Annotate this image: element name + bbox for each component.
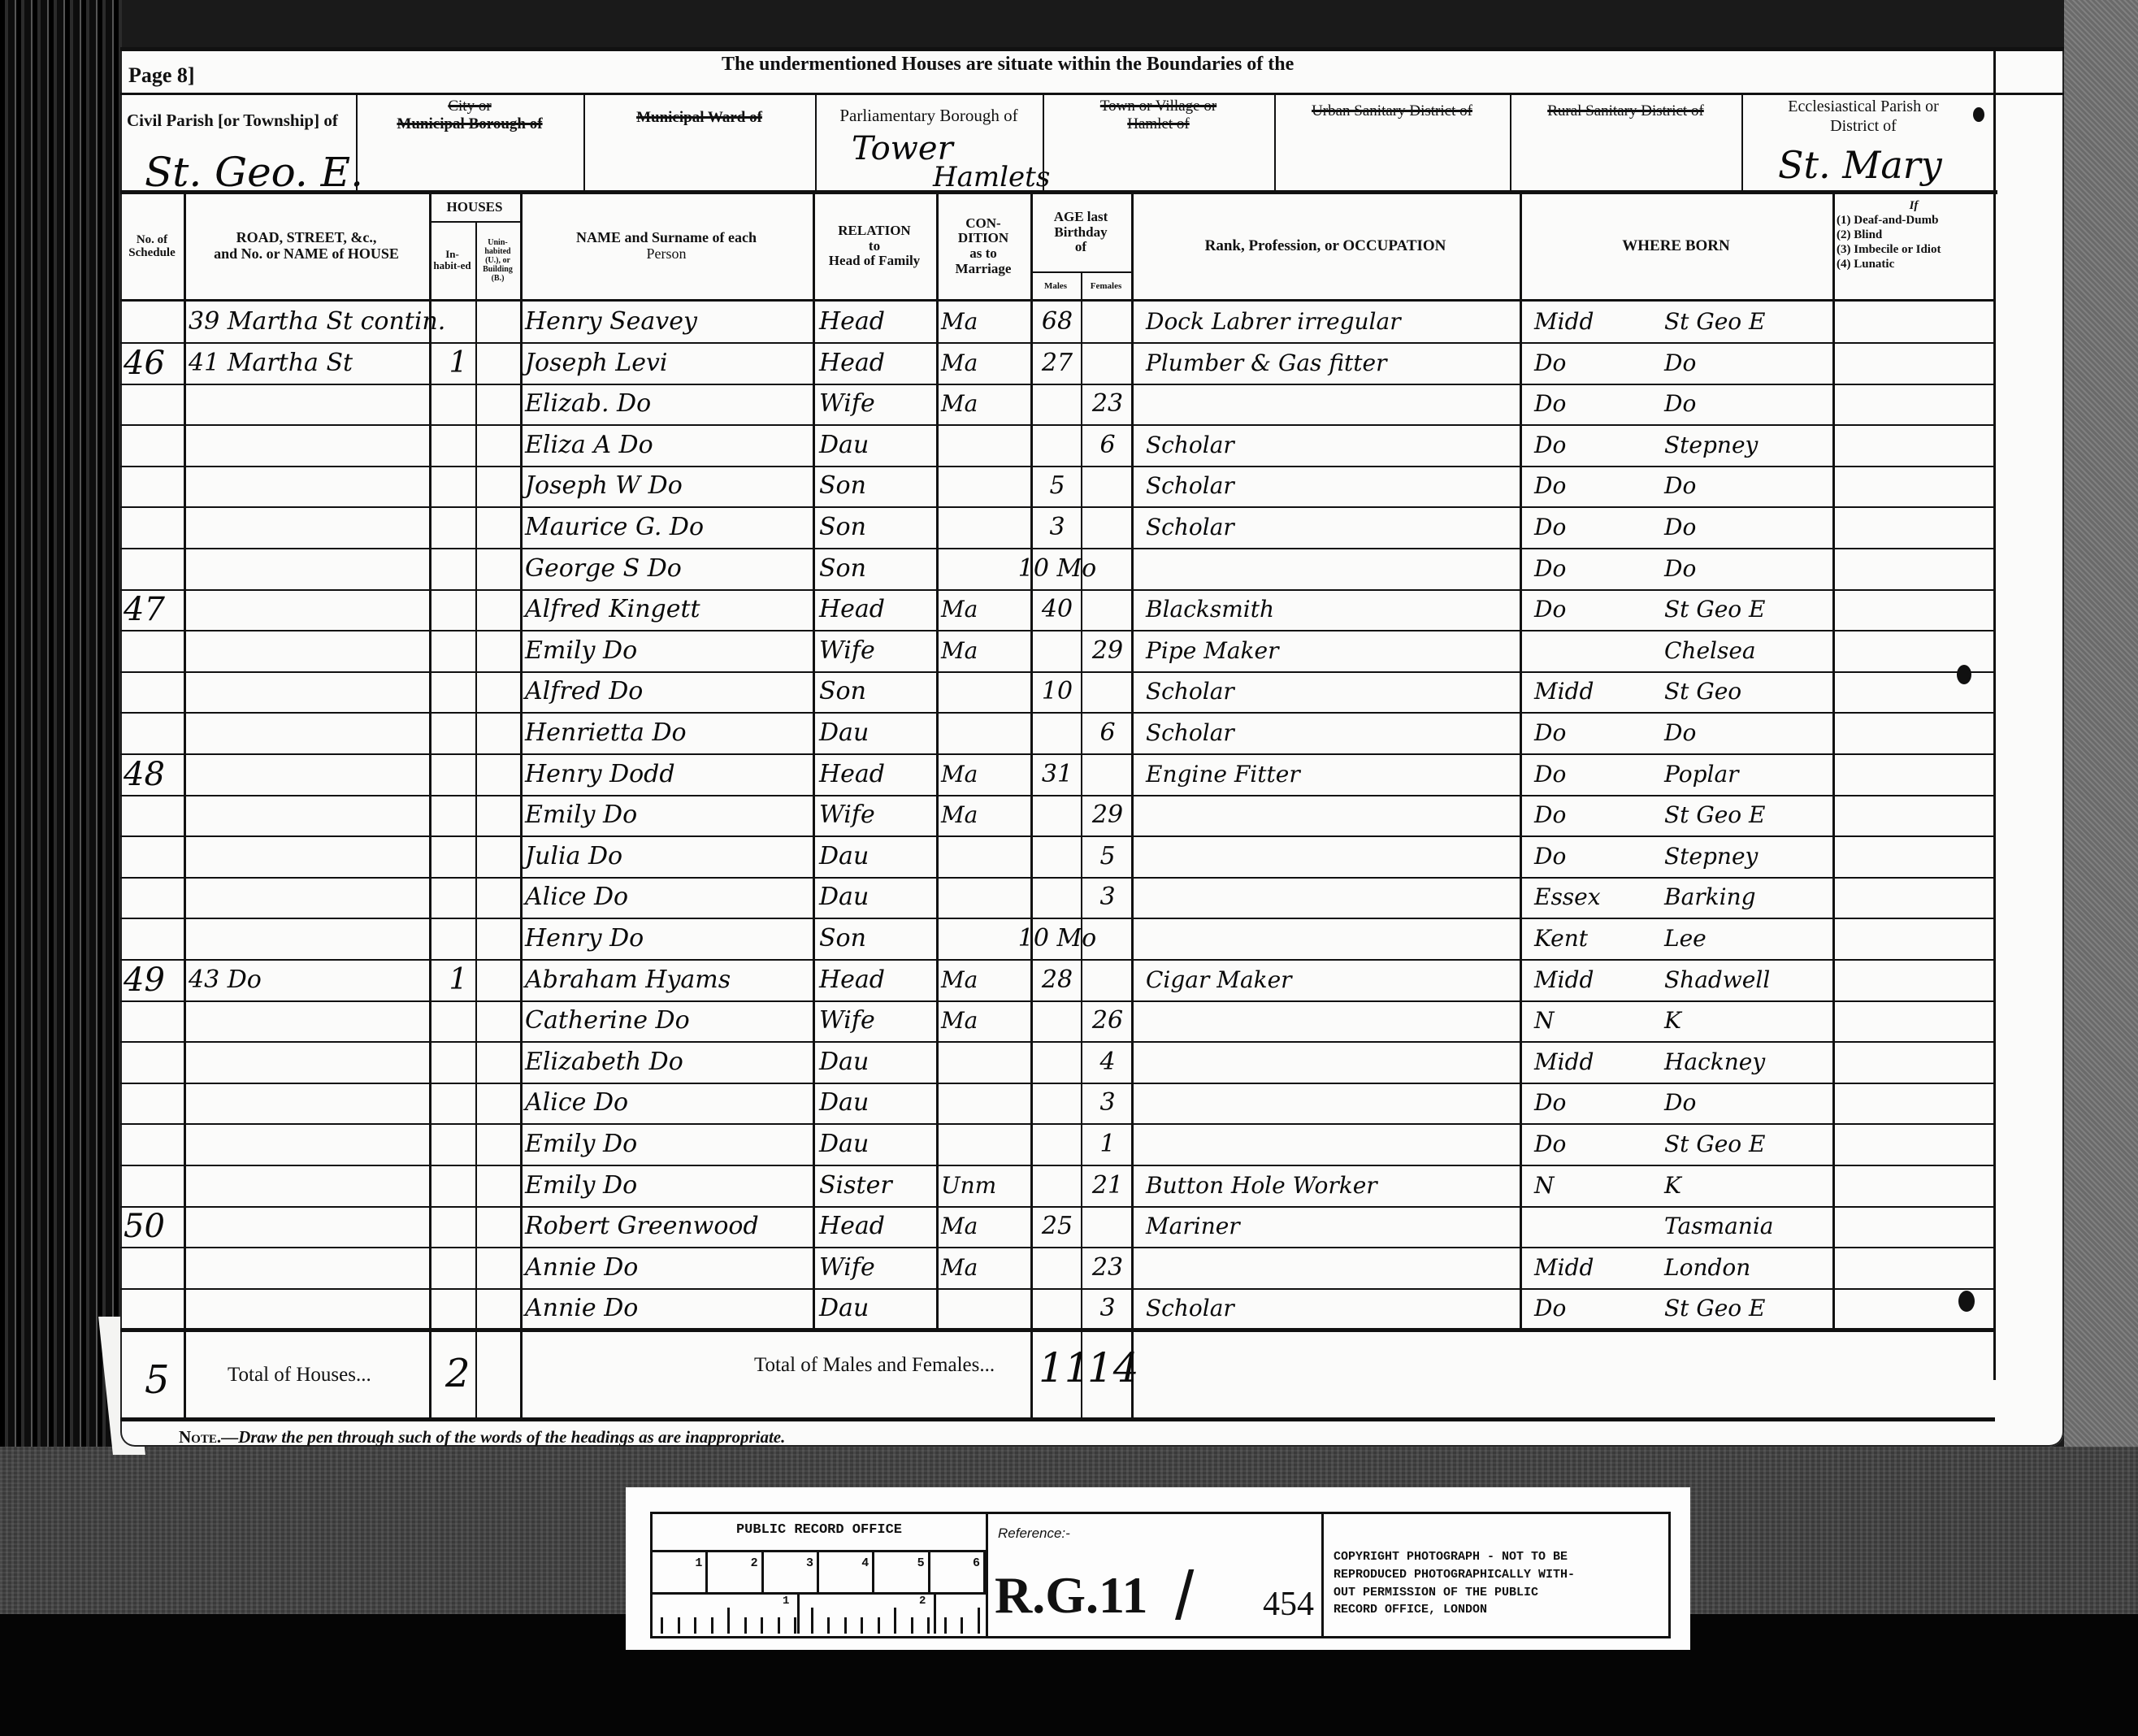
cell-age-f: 3	[1084, 1082, 1131, 1123]
cell-born-county	[1534, 630, 1656, 671]
cell-inhabited	[444, 876, 473, 918]
cell-born-county: N	[1534, 1165, 1656, 1206]
reference-separator: /	[1175, 1561, 1194, 1630]
boundary-label-line1: Ecclesiastical Parish or	[1741, 98, 1985, 116]
cell-name: Alice Do	[525, 1082, 811, 1123]
scale-tick	[844, 1617, 847, 1634]
cell-relation: Wife	[819, 630, 936, 671]
cell-born-place: Lee	[1664, 918, 1827, 959]
cell-inhabited	[444, 835, 473, 877]
cell-name: Joseph Levi	[525, 342, 811, 384]
cell-age-f	[1084, 506, 1131, 548]
cell-road	[189, 794, 429, 835]
cell-name: Henry Dodd	[525, 753, 811, 795]
table-row: Julia DoDau5DoStepney	[120, 835, 1995, 877]
cell-name: Catherine Do	[525, 1000, 811, 1041]
table-row: 50Robert GreenwoodHeadMa25MarinerTasmani…	[120, 1205, 1995, 1247]
cell-inhabited	[444, 1287, 473, 1329]
table-row: Elizab. DoWifeMa23DoDo	[120, 383, 1995, 424]
ink-blot	[1973, 107, 1984, 122]
cell-road	[189, 1247, 429, 1288]
cell-age-m	[1034, 794, 1081, 835]
cell-inhabited	[444, 548, 473, 589]
cell-occupation	[1146, 794, 1520, 835]
cell-born-place: Hackney	[1664, 1041, 1827, 1083]
cell-age-m: 10 Mo	[1034, 548, 1081, 589]
cell-born-place: Do	[1664, 1082, 1827, 1123]
cell-road	[189, 1082, 429, 1123]
cell-inhabited: 1	[444, 342, 473, 384]
table-row: Maurice G. DoSon3ScholarDoDo	[120, 506, 1995, 548]
cell-age-m: 10	[1034, 671, 1081, 712]
cell-schedule	[124, 1082, 182, 1123]
table-row: Henrietta DoDau6ScholarDoDo	[120, 712, 1995, 753]
cell-born-county: Do	[1534, 342, 1656, 384]
cell-relation: Dau	[819, 1041, 936, 1083]
table-row: 4943 Do1Abraham HyamsHeadMa28Cigar Maker…	[120, 959, 1995, 1000]
cell-condition: Ma	[941, 383, 1030, 424]
cell-born-place: K	[1664, 1165, 1827, 1206]
cell-name: Joseph W Do	[525, 465, 811, 506]
cell-born-county	[1534, 1205, 1656, 1247]
cell-schedule	[124, 918, 182, 959]
cell-age-f: 29	[1084, 630, 1131, 671]
scale-top: 123456	[653, 1552, 986, 1592]
cell-condition	[941, 1082, 1030, 1123]
header-age-males: Males	[1030, 273, 1081, 299]
cell-occupation	[1146, 835, 1520, 877]
cell-inhabited	[444, 1123, 473, 1165]
scale-tick	[661, 1617, 663, 1634]
cell-born-county: Do	[1534, 465, 1656, 506]
cell-road	[189, 1041, 429, 1083]
cell-schedule	[124, 794, 182, 835]
cell-occupation: Engine Fitter	[1146, 753, 1520, 795]
cell-inhabited	[444, 630, 473, 671]
header-age-females: Females	[1081, 273, 1131, 299]
cell-relation: Son	[819, 918, 936, 959]
cell-occupation: Scholar	[1146, 506, 1520, 548]
header-condition: CON- DITION as to Marriage	[936, 193, 1030, 299]
table-row: Emily DoWifeMa29DoSt Geo E	[120, 794, 1995, 835]
ink-blot	[1958, 1291, 1975, 1312]
cell-occupation	[1146, 383, 1520, 424]
cell-born-place: Do	[1664, 506, 1827, 548]
cell-age-f	[1084, 1205, 1131, 1247]
cell-age-f	[1084, 671, 1131, 712]
total-females: 14	[1087, 1344, 1139, 1391]
cell-relation: Son	[819, 671, 936, 712]
scale-tick	[694, 1617, 696, 1634]
cell-born-county: Do	[1534, 424, 1656, 466]
cell-born-county: Do	[1534, 1123, 1656, 1165]
cell-name: Elizabeth Do	[525, 1041, 811, 1083]
cell-road	[189, 548, 429, 589]
cell-schedule	[124, 630, 182, 671]
table-row: 48Henry DoddHeadMa31Engine FitterDoPopla…	[120, 753, 1995, 795]
cell-schedule: 49	[124, 959, 182, 1000]
cell-born-place: Do	[1664, 465, 1827, 506]
cell-born-county: N	[1534, 1000, 1656, 1041]
table-row: George S DoSon10 MoDoDo	[120, 548, 1995, 589]
cell-born-county: Do	[1534, 548, 1656, 589]
cell-road	[189, 588, 429, 630]
cell-relation: Dau	[819, 1082, 936, 1123]
cell-born-county: Midd	[1534, 1041, 1656, 1083]
cell-age-f	[1084, 548, 1131, 589]
total-persons-label: Total of Males and Females...	[754, 1354, 995, 1377]
cell-road	[189, 1205, 429, 1247]
scale-tick	[861, 1617, 863, 1634]
boundary-label-line1: Town or Village or	[1043, 98, 1274, 115]
boundary-label-line2: Municipal Borough of	[356, 115, 583, 133]
cell-schedule	[124, 712, 182, 753]
scale-tick	[978, 1608, 980, 1634]
cell-born-county: Do	[1534, 588, 1656, 630]
cell-schedule	[124, 383, 182, 424]
cell-schedule	[124, 506, 182, 548]
cell-condition	[941, 1287, 1030, 1329]
scale-mark: 5	[874, 1552, 930, 1592]
cell-condition: Ma	[941, 1247, 1030, 1288]
reference-panel: Reference:- R.G.11 / 454	[988, 1514, 1324, 1636]
public-record-office-label: PUBLIC RECORD OFFICE 123456 12 Reference…	[626, 1487, 1690, 1650]
scan-background-right	[2064, 0, 2138, 1544]
scale-tick	[944, 1617, 947, 1634]
cell-road	[189, 1123, 429, 1165]
cell-born-place: London	[1664, 1247, 1827, 1288]
scale-mark: 2	[708, 1552, 763, 1592]
cell-name: Emily Do	[525, 1165, 811, 1206]
scale-tick	[761, 1617, 763, 1634]
page-number: Page 8]	[128, 63, 195, 88]
cell-born-place: St Geo E	[1664, 588, 1827, 630]
header-schedule: No. of Schedule	[120, 193, 184, 299]
cell-road	[189, 671, 429, 712]
table-row: Annie DoWifeMa23MiddLondon	[120, 1247, 1995, 1288]
scale-label: 2	[919, 1595, 926, 1608]
cell-schedule	[124, 1247, 182, 1288]
cell-condition	[941, 465, 1030, 506]
cell-road: 41 Martha St	[189, 342, 429, 384]
boundary-value-line2: Hamlets	[933, 161, 1050, 193]
cell-name: Julia Do	[525, 835, 811, 877]
cell-born-place: Do	[1664, 383, 1827, 424]
cell-condition: Ma	[941, 959, 1030, 1000]
cell-born-county: Midd	[1534, 301, 1656, 342]
table-row: 39 Martha St contin.Henry SeaveyHeadMa68…	[120, 301, 1995, 342]
cell-relation: Head	[819, 301, 936, 342]
cell-age-m: 31	[1034, 753, 1081, 795]
cell-age-m: 3	[1034, 506, 1081, 548]
cell-schedule	[124, 876, 182, 918]
header-age: AGE last Birthday of	[1030, 193, 1131, 271]
cell-condition	[941, 712, 1030, 753]
cell-condition	[941, 671, 1030, 712]
cell-age-m	[1034, 1041, 1081, 1083]
cell-relation: Son	[819, 548, 936, 589]
cell-schedule	[124, 424, 182, 466]
cell-road	[189, 465, 429, 506]
cell-condition	[941, 1041, 1030, 1083]
table-row: Alice DoDau3EssexBarking	[120, 876, 1995, 918]
cell-name: Henry Seavey	[525, 301, 811, 342]
total-schedules: 5	[145, 1357, 170, 1403]
cell-relation: Son	[819, 465, 936, 506]
cell-age-f	[1084, 588, 1131, 630]
cell-relation: Head	[819, 753, 936, 795]
footnote: Note.—Draw the pen through such of the w…	[179, 1427, 785, 1447]
cell-relation: Son	[819, 506, 936, 548]
cell-name: Elizab. Do	[525, 383, 811, 424]
header-where-born: WHERE BORN	[1520, 193, 1832, 299]
table-row: Alice DoDau3DoDo	[120, 1082, 1995, 1123]
office-name: PUBLIC RECORD OFFICE	[653, 1522, 986, 1538]
cell-occupation: Plumber & Gas fitter	[1146, 342, 1520, 384]
boundary-label-line2: District of	[1741, 117, 1985, 136]
cell-relation: Wife	[819, 1247, 936, 1288]
copyright-notice: COPYRIGHT PHOTOGRAPH - NOT TO BE REPRODU…	[1334, 1548, 1659, 1619]
cell-name: Emily Do	[525, 630, 811, 671]
cell-born-county: Essex	[1534, 876, 1656, 918]
cell-name: Henry Do	[525, 918, 811, 959]
cell-name: Emily Do	[525, 794, 811, 835]
cell-age-f: 23	[1084, 1247, 1131, 1288]
cell-schedule	[124, 1000, 182, 1041]
cell-occupation: Blacksmith	[1146, 588, 1520, 630]
header-name: NAME and Surname of each Person	[520, 193, 813, 299]
cell-occupation: Scholar	[1146, 671, 1520, 712]
cell-age-f: 21	[1084, 1165, 1131, 1206]
scale-tick	[961, 1617, 963, 1634]
cell-relation: Wife	[819, 794, 936, 835]
cell-age-f	[1084, 959, 1131, 1000]
scale-bottom: 12	[653, 1595, 986, 1634]
cell-relation: Wife	[819, 383, 936, 424]
boundary-label: Municipal Ward of	[583, 109, 815, 127]
header-road: ROAD, STREET, &c., and No. or NAME of HO…	[184, 193, 429, 299]
cell-relation: Dau	[819, 835, 936, 877]
scale-tick	[794, 1617, 796, 1634]
cell-born-county: Do	[1534, 835, 1656, 877]
cell-born-place: St Geo	[1664, 671, 1827, 712]
cell-condition: Ma	[941, 1000, 1030, 1041]
cell-schedule	[124, 835, 182, 877]
cell-born-place: St Geo E	[1664, 301, 1827, 342]
scale-tick	[727, 1608, 730, 1634]
cell-occupation: Pipe Maker	[1146, 630, 1520, 671]
cell-inhabited	[444, 1041, 473, 1083]
cell-road	[189, 1165, 429, 1206]
cell-road	[189, 876, 429, 918]
cell-occupation: Mariner	[1146, 1205, 1520, 1247]
cell-name: Maurice G. Do	[525, 506, 811, 548]
cell-born-place: Tasmania	[1664, 1205, 1827, 1247]
scale-mark: 6	[930, 1552, 986, 1592]
cell-road	[189, 506, 429, 548]
table-row: Emily DoDau1DoSt Geo E	[120, 1123, 1995, 1165]
cell-age-m	[1034, 383, 1081, 424]
cell-age-f: 3	[1084, 876, 1131, 918]
cell-born-county: Do	[1534, 506, 1656, 548]
boundary-label: Urban Sanitary District of	[1274, 102, 1510, 120]
cell-inhabited: 1	[444, 959, 473, 1000]
scale-tick	[927, 1617, 930, 1634]
scale-tick	[911, 1617, 913, 1634]
cell-inhabited	[444, 753, 473, 795]
cell-age-f: 26	[1084, 1000, 1131, 1041]
boundary-label: Parliamentary Borough of	[815, 106, 1043, 126]
cell-condition	[941, 876, 1030, 918]
cell-occupation: Scholar	[1146, 465, 1520, 506]
cell-occupation	[1146, 548, 1520, 589]
cell-age-f: 1	[1084, 1123, 1131, 1165]
cell-relation: Dau	[819, 876, 936, 918]
cell-age-m	[1034, 876, 1081, 918]
cell-inhabited	[444, 671, 473, 712]
table-row: 47Alfred KingettHeadMa40BlacksmithDoSt G…	[120, 588, 1995, 630]
cell-born-place: K	[1664, 1000, 1827, 1041]
cell-inhabited	[444, 918, 473, 959]
cell-inhabited	[444, 383, 473, 424]
cell-relation: Wife	[819, 1000, 936, 1041]
cell-occupation: Scholar	[1146, 712, 1520, 753]
cell-born-place: Stepney	[1664, 424, 1827, 466]
cell-condition	[941, 548, 1030, 589]
cell-name: Annie Do	[525, 1287, 811, 1329]
cell-born-county: Do	[1534, 753, 1656, 795]
cell-inhabited	[444, 588, 473, 630]
cell-age-f	[1084, 918, 1131, 959]
cell-road	[189, 1287, 429, 1329]
cell-age-f	[1084, 301, 1131, 342]
cell-name: Alfred Do	[525, 671, 811, 712]
cell-name: Annie Do	[525, 1247, 811, 1288]
cell-road	[189, 753, 429, 795]
cell-inhabited	[444, 465, 473, 506]
boundary-label: Rural Sanitary District of	[1510, 102, 1741, 120]
cell-born-place: St Geo E	[1664, 1123, 1827, 1165]
cell-schedule	[124, 1041, 182, 1083]
cell-age-m: 25	[1034, 1205, 1081, 1247]
cell-born-county: Do	[1534, 794, 1656, 835]
scale-tick	[678, 1617, 680, 1634]
boundary-label-line1: City or	[356, 98, 583, 115]
cell-occupation	[1146, 1041, 1520, 1083]
cell-age-m: 40	[1034, 588, 1081, 630]
cell-condition	[941, 1123, 1030, 1165]
cell-condition: Ma	[941, 301, 1030, 342]
cell-age-m	[1034, 835, 1081, 877]
table-row: Eliza A DoDau6ScholarDoStepney	[120, 424, 1995, 466]
scale-tick	[778, 1617, 780, 1634]
header-relation: RELATION to Head of Family	[813, 193, 936, 299]
cell-road	[189, 712, 429, 753]
cell-age-m: 68	[1034, 301, 1081, 342]
scale-tick	[878, 1617, 880, 1634]
cell-occupation: Scholar	[1146, 424, 1520, 466]
cell-schedule: 46	[124, 342, 182, 384]
cell-inhabited	[444, 1165, 473, 1206]
cell-occupation	[1146, 1000, 1520, 1041]
cell-schedule	[124, 301, 182, 342]
cell-relation: Head	[819, 1205, 936, 1247]
cell-born-place: Stepney	[1664, 835, 1827, 877]
boundary-label: Civil Parish [or Township] of	[127, 111, 338, 131]
cell-born-county: Do	[1534, 1082, 1656, 1123]
scale-tick	[811, 1608, 813, 1634]
cell-age-m: 27	[1034, 342, 1081, 384]
cell-age-m	[1034, 1247, 1081, 1288]
cell-schedule	[124, 1165, 182, 1206]
table-row: 4641 Martha St1Joseph LeviHeadMa27Plumbe…	[120, 342, 1995, 384]
boundary-label-line2: Hamlet of	[1043, 115, 1274, 133]
cell-name: Alfred Kingett	[525, 588, 811, 630]
header-infirmity: If (1) Deaf-and-Dumb (2) Blind (3) Imbec…	[1837, 198, 1991, 271]
cell-age-f: 6	[1084, 424, 1131, 466]
total-houses-label: Total of Houses...	[228, 1364, 371, 1387]
cell-road	[189, 918, 429, 959]
census-page: Page 8] The undermentioned Houses are si…	[120, 47, 2064, 1447]
office-scale-panel: PUBLIC RECORD OFFICE 123456 12	[653, 1514, 988, 1636]
scale-mark: 1	[653, 1552, 708, 1592]
cell-age-f	[1084, 753, 1131, 795]
cell-condition: Ma	[941, 342, 1030, 384]
cell-inhabited	[444, 424, 473, 466]
cell-condition: Ma	[941, 588, 1030, 630]
table-row: Alfred DoSon10ScholarMiddSt Geo	[120, 671, 1995, 712]
cell-condition: Ma	[941, 794, 1030, 835]
boundary-value: St. Mary	[1778, 143, 1942, 187]
scale-tick	[744, 1617, 747, 1634]
cell-name: Emily Do	[525, 1123, 811, 1165]
cell-born-place: Shadwell	[1664, 959, 1827, 1000]
cell-inhabited	[444, 1205, 473, 1247]
cell-born-place: Do	[1664, 342, 1827, 384]
cell-inhabited	[444, 1247, 473, 1288]
cell-name: Robert Greenwood	[525, 1205, 811, 1247]
cell-relation: Dau	[819, 424, 936, 466]
cell-condition	[941, 918, 1030, 959]
cell-age-m: 5	[1034, 465, 1081, 506]
cell-relation: Dau	[819, 712, 936, 753]
cell-condition: Unm	[941, 1165, 1030, 1206]
table-row: Emily DoSisterUnm21Button Hole WorkerNK	[120, 1165, 1995, 1206]
scale-label: 1	[783, 1595, 789, 1608]
page-title: The undermentioned Houses are situate wi…	[722, 54, 1294, 76]
cell-occupation	[1146, 876, 1520, 918]
cell-age-m	[1034, 1287, 1081, 1329]
cell-road: 43 Do	[189, 959, 429, 1000]
cell-born-place: Barking	[1664, 876, 1827, 918]
cell-born-county: Kent	[1534, 918, 1656, 959]
cell-condition	[941, 506, 1030, 548]
cell-relation: Head	[819, 588, 936, 630]
total-houses-value: 2	[445, 1351, 471, 1396]
cell-born-county: Midd	[1534, 1247, 1656, 1288]
scale-tick	[894, 1608, 896, 1634]
cell-age-m	[1034, 1165, 1081, 1206]
cell-condition	[941, 835, 1030, 877]
cell-name: Alice Do	[525, 876, 811, 918]
cell-age-f	[1084, 342, 1131, 384]
cell-relation: Head	[819, 342, 936, 384]
scale-tick	[711, 1617, 713, 1634]
table-row: Annie DoDau3ScholarDoSt Geo E	[120, 1287, 1995, 1329]
cell-name: George S Do	[525, 548, 811, 589]
cell-schedule	[124, 671, 182, 712]
cell-born-county: Do	[1534, 1287, 1656, 1329]
